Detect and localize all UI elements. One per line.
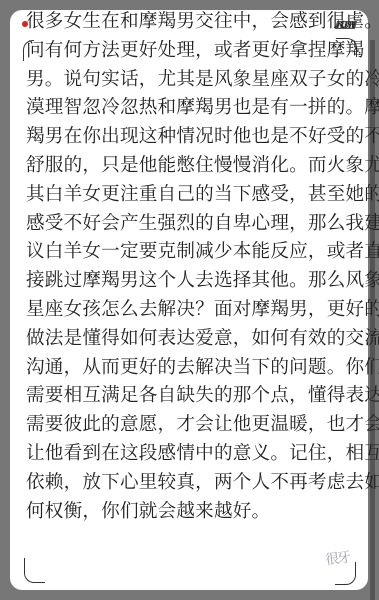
bracket-bottom-left-icon (24, 558, 45, 583)
scrollbar[interactable] (370, 40, 375, 600)
article-text: 很多女生在和摩羯男交往中，会感到很虐。 问有何方法更好处理，或者更好拿捏摩羯 男… (26, 8, 356, 526)
signature-stamp: 很牙 (324, 546, 351, 569)
text-line: 羯男在你出现这种情况时他也是不好受的不 (26, 123, 356, 152)
text-line: 沟通，从而更好的去解决当下的问题。你们 (26, 354, 356, 383)
text-line: 问有何方法更好处理，或者更好拿捏摩羯 (26, 37, 356, 66)
text-line: 其白羊女更注重自己的当下感受，甚至她的 (26, 181, 356, 210)
text-line: 议白羊女一定要克制减少本能反应，或者直 (26, 238, 356, 267)
text-line: 让他看到在这段感情中的意义。记住，相互 (26, 440, 356, 469)
text-line: 依赖，放下心里较真，两个人不再考虑去如 (26, 469, 356, 498)
text-line: 感受不好会产生强烈的自卑心理，那么我建 (26, 210, 356, 239)
text-line: 做法是懂得如何表达爱意，如何有效的交流 (26, 325, 356, 354)
text-line: 需要彼此的意愿，才会让他更温暖，也才会 (26, 411, 356, 440)
text-line: 需要相互满足各自缺失的那个点，懂得表达 (26, 382, 356, 411)
text-line: 漠理智忽冷忽热和摩羯男也是有一拼的。摩 (26, 94, 356, 123)
text-line: 何权衡，你们就会越来越好。 (26, 498, 356, 527)
text-line: 男。说句实话，尤其是风象星座双子女的冷 (26, 66, 356, 95)
text-line: 接跳过摩羯男这个人去选择其他。那么风象 (26, 267, 356, 296)
text-line: 舒服的，只是他能憋住慢慢消化。而火象尤 (26, 152, 356, 181)
text-line: 星座女孩怎么去解决？面对摩羯男，更好的 (26, 296, 356, 325)
text-line: 很多女生在和摩羯男交往中，会感到很虐。 (26, 8, 356, 37)
